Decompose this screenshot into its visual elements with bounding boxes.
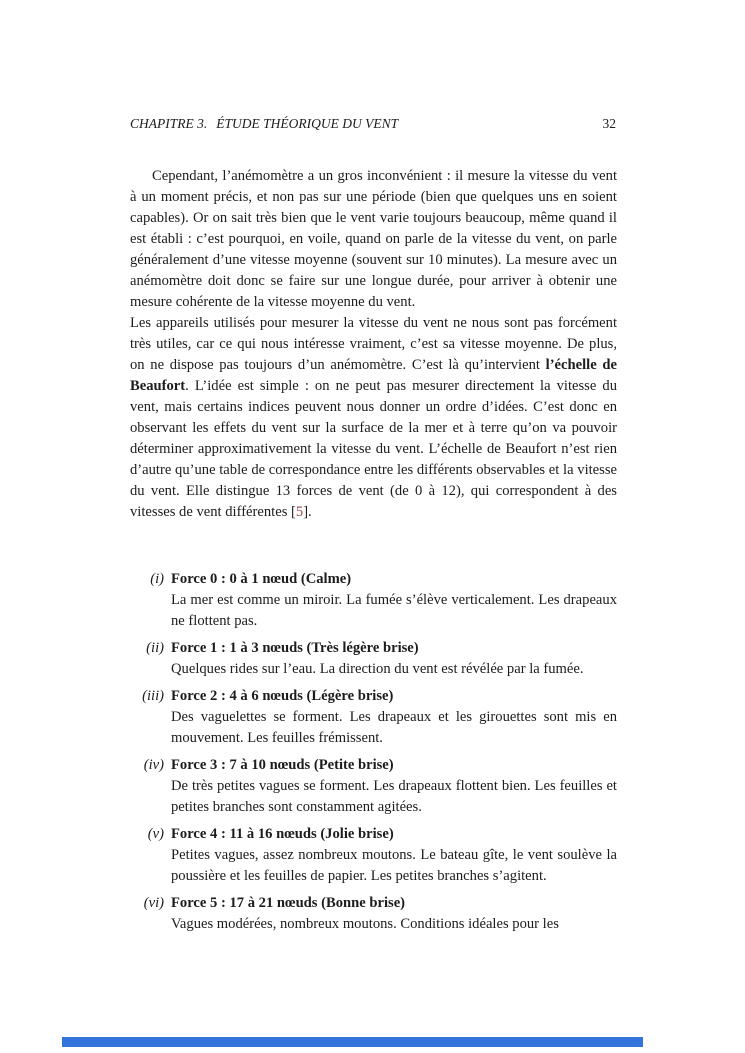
list-item-force-1: (ii) Force 1 : 1 à 3 nœuds (Très légère … bbox=[130, 638, 617, 680]
page-number: 32 bbox=[603, 116, 617, 132]
item-body: Force 1 : 1 à 3 nœuds (Très légère brise… bbox=[171, 638, 617, 680]
item-marker: (v) bbox=[130, 824, 164, 887]
item-marker: (iii) bbox=[130, 686, 164, 749]
text-run: . L’idée est simple : on ne peut pas mes… bbox=[130, 378, 617, 520]
force-description: Quelques rides sur l’eau. La direction d… bbox=[171, 659, 617, 680]
force-description: La mer est comme un miroir. La fumée s’é… bbox=[171, 590, 617, 632]
item-body: Force 3 : 7 à 10 nœuds (Petite brise) De… bbox=[171, 755, 617, 818]
text-run: Les appareils utilisés pour mesurer la v… bbox=[130, 315, 617, 373]
text-run: ]. bbox=[303, 504, 312, 520]
item-marker: (vi) bbox=[130, 893, 164, 935]
beaufort-force-list: (i) Force 0 : 0 à 1 nœud (Calme) La mer … bbox=[130, 569, 617, 941]
force-description: Des vaguelettes se forment. Les drapeaux… bbox=[171, 707, 617, 749]
item-marker: (iv) bbox=[130, 755, 164, 818]
item-marker: (ii) bbox=[130, 638, 164, 680]
viewer-scrollbar[interactable] bbox=[62, 1037, 643, 1047]
chapter-label: CHAPITRE 3. bbox=[130, 116, 207, 131]
chapter-title: ÉTUDE THÉORIQUE DU VENT bbox=[216, 116, 398, 131]
force-title: Force 0 : 0 à 1 nœud (Calme) bbox=[171, 569, 617, 590]
list-item-force-3: (iv) Force 3 : 7 à 10 nœuds (Petite bris… bbox=[130, 755, 617, 818]
paragraph-anemometer-limitation: Cependant, l’anémomètre a un gros inconv… bbox=[130, 166, 617, 313]
force-title: Force 2 : 4 à 6 nœuds (Légère brise) bbox=[171, 686, 617, 707]
item-marker: (i) bbox=[130, 569, 164, 632]
body-text-block: Cependant, l’anémomètre a un gros inconv… bbox=[130, 166, 617, 523]
force-title: Force 5 : 17 à 21 nœuds (Bonne brise) bbox=[171, 893, 617, 914]
item-body: Force 5 : 17 à 21 nœuds (Bonne brise) Va… bbox=[171, 893, 617, 935]
running-header: CHAPITRE 3.ÉTUDE THÉORIQUE DU VENT 32 bbox=[130, 116, 616, 132]
force-description: De très petites vagues se forment. Les d… bbox=[171, 776, 617, 818]
force-title: Force 4 : 11 à 16 nœuds (Jolie brise) bbox=[171, 824, 617, 845]
force-title: Force 3 : 7 à 10 nœuds (Petite brise) bbox=[171, 755, 617, 776]
chapter-heading: CHAPITRE 3.ÉTUDE THÉORIQUE DU VENT bbox=[130, 116, 398, 132]
list-item-force-5: (vi) Force 5 : 17 à 21 nœuds (Bonne bris… bbox=[130, 893, 617, 935]
document-page: CHAPITRE 3.ÉTUDE THÉORIQUE DU VENT 32 Ce… bbox=[0, 0, 745, 1053]
force-description: Vagues modérées, nombreux moutons. Condi… bbox=[171, 914, 617, 935]
force-description: Petites vagues, assez nombreux moutons. … bbox=[171, 845, 617, 887]
force-title: Force 1 : 1 à 3 nœuds (Très légère brise… bbox=[171, 638, 617, 659]
list-item-force-2: (iii) Force 2 : 4 à 6 nœuds (Légère bris… bbox=[130, 686, 617, 749]
list-item-force-0: (i) Force 0 : 0 à 1 nœud (Calme) La mer … bbox=[130, 569, 617, 632]
list-item-force-4: (v) Force 4 : 11 à 16 nœuds (Jolie brise… bbox=[130, 824, 617, 887]
item-body: Force 0 : 0 à 1 nœud (Calme) La mer est … bbox=[171, 569, 617, 632]
paragraph-beaufort-intro: Les appareils utilisés pour mesurer la v… bbox=[130, 313, 617, 523]
item-body: Force 2 : 4 à 6 nœuds (Légère brise) Des… bbox=[171, 686, 617, 749]
item-body: Force 4 : 11 à 16 nœuds (Jolie brise) Pe… bbox=[171, 824, 617, 887]
